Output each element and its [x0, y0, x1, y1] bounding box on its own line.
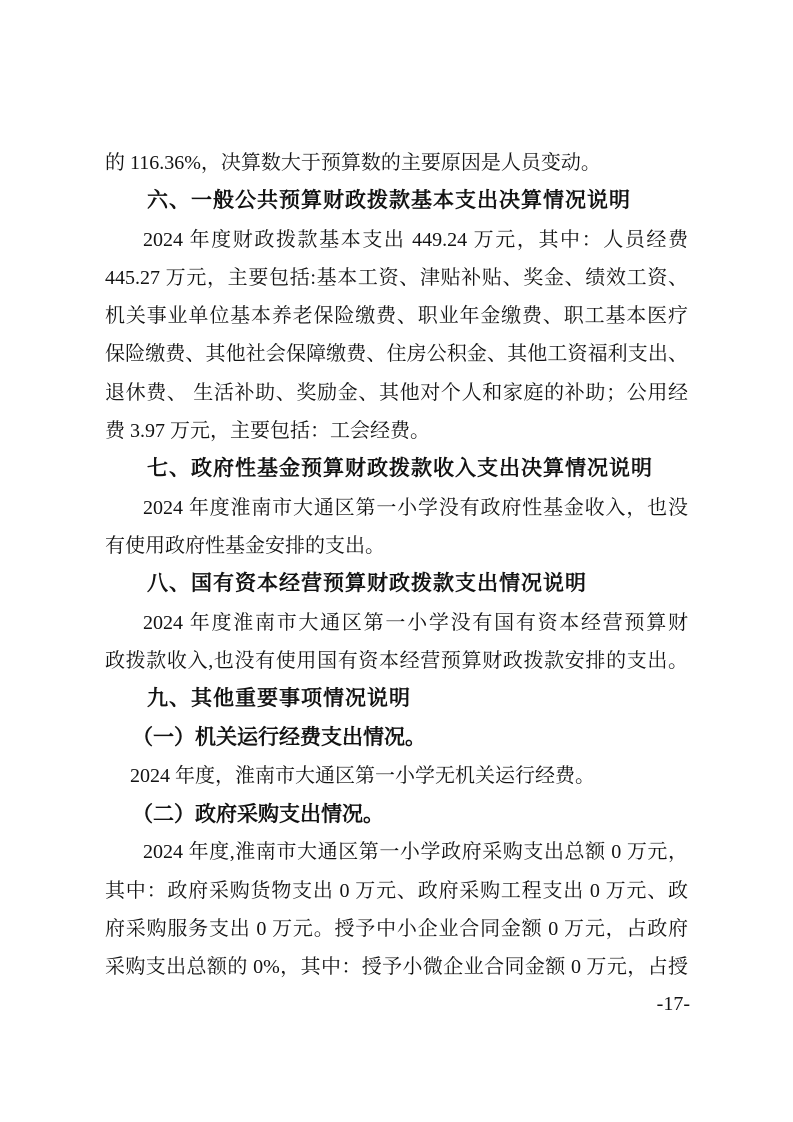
paragraph-line: 2024 年度淮南市大通区第一小学没有政府性基金收入，也没 — [105, 489, 688, 527]
paragraph-line: 445.27 万元，主要包括:基本工资、津贴补贴、奖金、绩效工资、 — [105, 259, 688, 297]
paragraph-line: 机关事业单位基本养老保险缴费、职业年金缴费、职工基本医疗 — [105, 297, 688, 335]
paragraph-line: 其中：政府采购货物支出 0 万元、政府采购工程支出 0 万元、政 — [105, 872, 688, 910]
paragraph-line: 2024 年度,淮南市大通区第一小学政府采购支出总额 0 万元， — [105, 833, 688, 871]
subheading-9-2: （二）政府采购支出情况。 — [105, 795, 688, 833]
document-body: 的 116.36%，决算数大于预算数的主要原因是人员变动。 六、一般公共预算财政… — [105, 144, 688, 987]
section-heading-9: 九、其他重要事项情况说明 — [105, 680, 688, 718]
subheading-9-1: （一）机关运行经费支出情况。 — [105, 718, 688, 756]
paragraph-line: 2024 年度淮南市大通区第一小学没有国有资本经营预算财 — [105, 604, 688, 642]
paragraph-line: 采购支出总额的 0%，其中：授予小微企业合同金额 0 万元，占授 — [105, 948, 688, 986]
paragraph-line: 政拨款收入,也没有使用国有资本经营预算财政拨款安排的支出。 — [105, 642, 688, 680]
page-number: -17- — [657, 991, 690, 1017]
section-heading-6: 六、一般公共预算财政拨款基本支出决算情况说明 — [105, 182, 688, 220]
section-heading-8: 八、国有资本经营预算财政拨款支出情况说明 — [105, 565, 688, 603]
section-heading-7: 七、政府性基金预算财政拨款收入支出决算情况说明 — [105, 450, 688, 488]
paragraph-end-line: 费 3.97 万元，主要包括：工会经费。 — [105, 412, 688, 450]
paragraph-line: 2024 年度，淮南市大通区第一小学无机关运行经费。 — [105, 757, 688, 795]
paragraph-continuation-line: 的 116.36%，决算数大于预算数的主要原因是人员变动。 — [105, 144, 688, 182]
paragraph-line: 府采购服务支出 0 万元。授予中小企业合同金额 0 万元，占政府 — [105, 910, 688, 948]
paragraph-end-line: 有使用政府性基金安排的支出。 — [105, 527, 688, 565]
paragraph-line: 保险缴费、其他社会保障缴费、住房公积金、其他工资福利支出、 — [105, 335, 688, 373]
paragraph-line: 退休费、 生活补助、奖励金、其他对个人和家庭的补助；公用经 — [105, 374, 688, 412]
paragraph-line: 2024 年度财政拨款基本支出 449.24 万元，其中：人员经费 — [105, 221, 688, 259]
document-page: 的 116.36%，决算数大于预算数的主要原因是人员变动。 六、一般公共预算财政… — [0, 0, 793, 1122]
